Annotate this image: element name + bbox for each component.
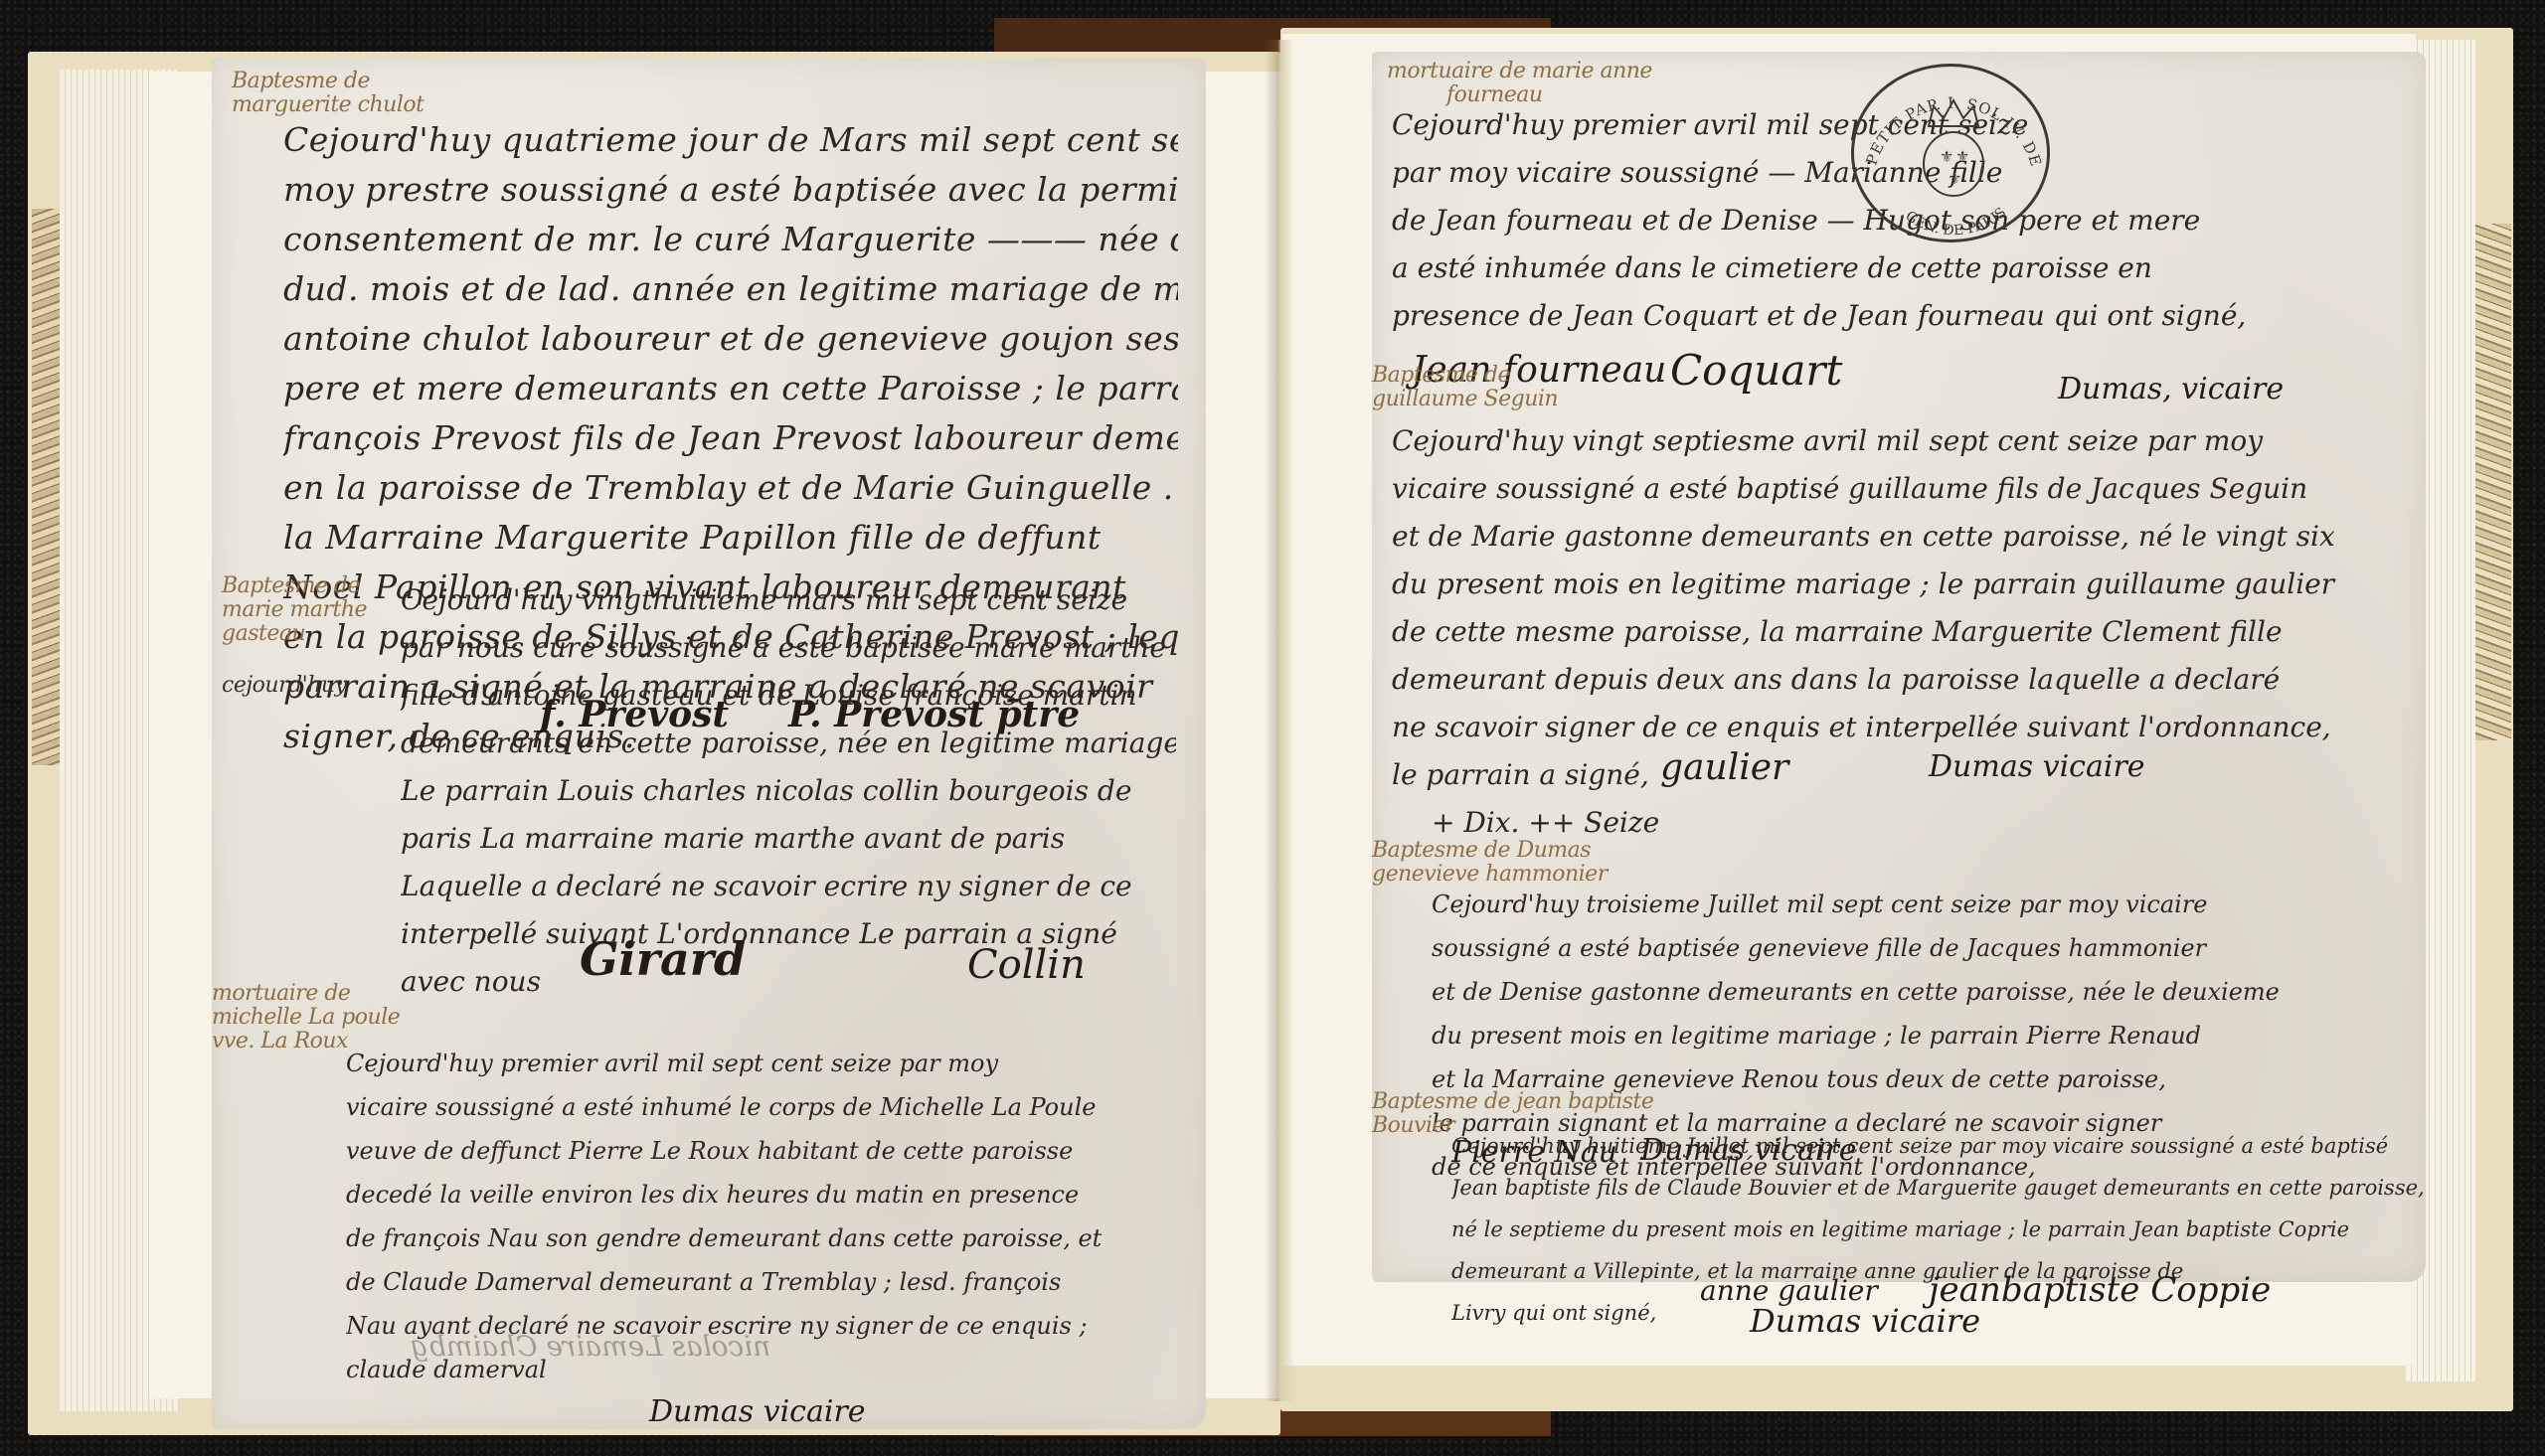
entry-baptism-guillaume-seguin: Cejourd'huy vingt septiesme avril mil se… bbox=[1392, 417, 2406, 799]
margin-note-baptism-marguerite-chulot: Baptesme de marguerite chulot bbox=[232, 70, 424, 117]
margin-note-baptism-marie-marthe-gasteau: Baptesme de marie marthe gasteau bbox=[222, 574, 367, 646]
signature-coquart: Coquart bbox=[1670, 346, 1842, 395]
svg-text:⚜: ⚜ bbox=[1955, 147, 1969, 166]
manuscript-sheet-right: mortuaire de marie anne fourneau Cejourd… bbox=[1372, 52, 2426, 1282]
book-gutter bbox=[1265, 40, 1294, 1401]
fleur-de-lis-crown-icon: PETIT PAP. I. SOL IV. DEN. LA F. GEN. DE… bbox=[1854, 67, 2053, 245]
signature-gaulier: gaulier bbox=[1660, 747, 1788, 788]
margin-note-baptism-genevieve-hammonier: Baptesme de Dumas genevieve hammonier bbox=[1372, 839, 1608, 887]
signature-dumas-vicaire-2: Dumas vicaire bbox=[1929, 749, 2145, 784]
tax-stamp: PETIT PAP. I. SOL IV. DEN. LA F. GEN. DE… bbox=[1851, 64, 2050, 243]
bleed-through-text: nicolas Lemaire Chaimbg bbox=[411, 1330, 770, 1363]
signature-dumas-vicaire: Dumas vicaire bbox=[649, 1394, 866, 1429]
margin-note-burial-marie-anne-fourneau: mortuaire de marie anne fourneau bbox=[1387, 60, 1652, 107]
svg-text:⚜: ⚜ bbox=[1948, 169, 1961, 188]
marbled-endpaper-right bbox=[2475, 224, 2511, 740]
svg-text:⚜: ⚜ bbox=[1940, 147, 1953, 166]
svg-text:GEN. DE PARIS: GEN. DE PARIS bbox=[1903, 205, 2010, 239]
signature-dumas-vicaire-4: Dumas vicaire bbox=[1750, 1302, 1980, 1340]
signature-dumas-vicaire-1: Dumas, vicaire bbox=[2058, 372, 2284, 406]
margin-note-baptism-guillaume-seguin: Baptesme de guillaume Seguin bbox=[1372, 364, 1558, 411]
signature-collin: Collin bbox=[967, 942, 1086, 988]
signature-girard: Girard bbox=[580, 932, 746, 986]
side-note-cejourdhuy: cejourd'huy bbox=[222, 674, 347, 698]
manuscript-sheet-left: Baptesme de marguerite chulot Cejourd'hu… bbox=[212, 58, 1206, 1429]
